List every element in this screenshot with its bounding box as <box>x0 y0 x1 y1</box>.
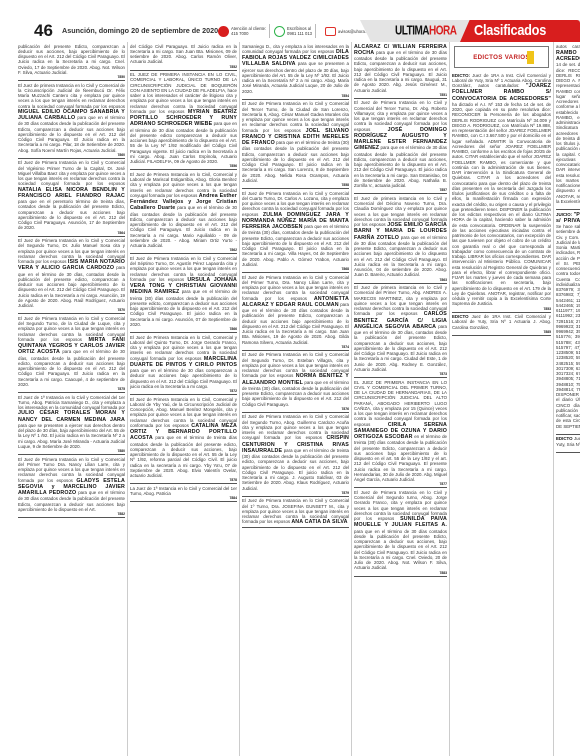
legal-notice: El Juez de Primera Instancia en lo Civil… <box>242 100 349 189</box>
legal-notice: El Juez de Primera Instancia en lo Civil… <box>354 99 447 195</box>
legal-notice: ALCARAZ C/ WILLIAN FERREIRA ROCHA para q… <box>354 42 447 99</box>
notice-ref-code: 7872 <box>130 389 237 393</box>
legal-notice: El Juez de Primera Instancia en lo Civil… <box>18 314 125 393</box>
notice-lead: EDICTO: <box>452 73 470 78</box>
whatsapp-icon <box>274 26 285 37</box>
notice-body: EL JUEZ DE PRIMERA INSTANCIA EN LO CIVIL… <box>354 380 447 427</box>
notice-ref-code: 7875 <box>18 387 125 391</box>
notice-body-cont: ha dictado el A.I Nº 152 de fecha 14 de … <box>556 56 580 204</box>
legal-notice: JUICIO: "PEDRO CZERANIUK NETEPCZUK s/ PR… <box>556 210 580 435</box>
notice-ref-code: 7876 <box>242 407 349 411</box>
notice-body-cont: para que en el término de 30 días contad… <box>130 121 237 164</box>
notice-ref-code: 7853 <box>452 307 551 311</box>
column-1: publicación del presente Edicto, compare… <box>18 42 128 756</box>
notice-ref-code: 7884 <box>130 496 237 500</box>
notice-body-cont: Se hace saber que por S.D Nº 596/2018/01… <box>556 224 580 429</box>
notice-body-cont: para que en el término de 30 días contad… <box>354 235 447 278</box>
notice-lead: JUICIO: <box>556 212 572 217</box>
notice-ref-code: 7880 <box>18 449 125 453</box>
contact-whatsapp: Escríbinos al0981 111 013 <box>274 22 312 40</box>
notice-body-cont: para que en el término de treinta (30) d… <box>242 224 349 267</box>
section-label: EDICTOS VARIOS <box>473 54 530 61</box>
notice-body-cont: para que en el término de treinta (30) d… <box>242 140 349 183</box>
legal-notice: El Juez de Primera Instancia en lo Civil… <box>242 413 349 497</box>
phone-icon <box>218 26 229 37</box>
notice-body-cont: para que en el término de 30 días compar… <box>130 368 237 389</box>
notice-ref-code: 7878 <box>130 478 237 482</box>
notice-body: El Juez de Primera Instancia en lo Civil… <box>18 160 125 186</box>
notice-body-cont: para que en el término de 30 días, conta… <box>354 324 447 372</box>
notice-ref-code: 7858 <box>242 183 349 187</box>
legal-notice: EL JUEZ DE PRIMERA INSTANCIA EN LO CIVIL… <box>354 378 447 488</box>
notice-ref-code: 7882 <box>18 512 125 516</box>
notice-lead: EDICTO <box>452 314 469 319</box>
notice-body: del Código Civil Paraguayo. El Juicio ra… <box>130 44 237 65</box>
notice-body-cont: en el término de treinta (30) días conta… <box>354 434 447 482</box>
notice-body: publicación del presente Edicto, compare… <box>18 44 125 75</box>
legal-notice: El Juez de Primera Instancia en lo Civil… <box>18 237 125 315</box>
notice-ref-code: 7863 <box>354 278 447 282</box>
column-4: ALCARAZ C/ WILLIAN FERREIRA ROCHA para q… <box>354 42 450 756</box>
section-title: Clasificados <box>474 22 546 39</box>
column-5: EDICTOS VARIOS EDICTO: Juez de 1RA a Ins… <box>452 42 554 756</box>
newspaper-logo: ULTIMAHORA <box>395 25 456 39</box>
legal-notice: El Juez de primera instancia en lo Civil… <box>354 194 447 283</box>
column-2: del Código Civil Paraguayo. El Juicio ra… <box>130 42 240 756</box>
notice-ref-code: 7886 <box>556 447 580 451</box>
notice-body-cont: para que en el término de 30 días contad… <box>354 50 447 93</box>
notice-body-cont: para que en el término de 30 días, conta… <box>18 349 125 387</box>
legal-notice: El Juez de 1ª Instancia en lo Civil y Co… <box>18 393 125 455</box>
page-number: 46 <box>34 22 53 40</box>
legal-notice: El Juez de primera Instancia en lo Civil… <box>18 81 125 159</box>
column-6: autos caratulados: "ANTONIO FOELLMER RAM… <box>556 42 580 756</box>
notice-body: autos caratulados: <box>556 44 580 49</box>
notice-ref-code: 7857 <box>354 188 447 192</box>
notice-body-cont: para que se presenten a ejercer sus dere… <box>18 423 125 449</box>
notice-ref-code: 7873 <box>354 372 447 376</box>
notice-ref-code: 7852 <box>130 65 237 69</box>
notice-ref-code: 7858 <box>556 429 580 433</box>
notice-ref-code: 7856 <box>130 164 237 168</box>
legal-notice: El Juez de primera instancia en lo Civil… <box>354 284 447 379</box>
notice-ref-code: 7877 <box>354 482 447 486</box>
legal-notice: El Juez de Primera Instancia en lo Civil… <box>18 455 125 518</box>
notice-ref-code: 7862 <box>130 248 237 252</box>
notice-ref-code: 7850 <box>18 75 125 79</box>
notice-ref-code: 7851 <box>354 93 447 97</box>
classifieds-columns: publicación del presente Edicto, compare… <box>18 42 580 756</box>
notice-ref-code: 7866 <box>130 327 237 331</box>
legal-notice: autos caratulados: "ANTONIO FOELLMER RAM… <box>556 42 580 210</box>
notice-ref-code: 7854 <box>242 94 349 98</box>
notice-ref-code: 7854 <box>556 204 580 208</box>
notice-body-cont: para que en el término de 30 días contad… <box>354 145 447 188</box>
legal-notice: Samaniego D., cita y emplaza a los inter… <box>242 42 349 100</box>
legal-notice: EL JUEZ DE PRIMERA INSTANCIA EN LO CIVIL… <box>130 71 237 171</box>
legal-notice: del Código Civil Paraguayo. El Juicio ra… <box>130 42 237 71</box>
notice-body: El Juez de primera Instancia en lo Civil… <box>18 83 125 109</box>
notice-ref-code: 7870 <box>18 308 125 312</box>
notice-body: El Juez de 1ª Instancia en lo Civil y Co… <box>18 395 125 411</box>
email-icon <box>325 27 336 36</box>
legal-notice: EDICTO Juez de 1RA Inst. Civil Comercial… <box>556 435 580 453</box>
notice-body-cont: para que en el término de 30 días, conta… <box>18 265 125 308</box>
legal-notice: El Juez de Primera Instancia en lo Civil… <box>354 488 447 576</box>
notice-body: EL JUEZ DE PRIMERA INSTANCIA EN LO CIVIL… <box>130 72 237 114</box>
notice-ref-code: 7883 <box>354 571 447 575</box>
notice-parties: ANA CATIA DA SILVA <box>291 519 347 525</box>
legal-notice: El Juez de Primera Instancia en lo Civil… <box>130 333 237 395</box>
notice-body: La Juez de 1ª Instancia en lo Civil y Co… <box>130 486 237 496</box>
notice-body-cont: para que en el término de 30 días contad… <box>354 529 447 571</box>
notice-ref-code: 7874 <box>242 345 349 349</box>
legal-notice: El Juez de Primera Instancia en lo Civil… <box>18 159 125 237</box>
notice-body-cont: ha dictado el A.I. Nº 153 de fecha 14 de… <box>452 102 551 307</box>
notice-body-cont: para que en el término de treinta (30) d… <box>130 289 237 327</box>
notice-ref-code: 7868 <box>242 267 349 271</box>
notice-body-cont: para que en el término de 30 días contad… <box>242 302 349 345</box>
legal-notice: El Juez de Primera Instancia en lo Civil… <box>242 273 349 351</box>
legal-notice: EDICTO Juez de 1RA Inst. Civil Comercial… <box>452 313 551 336</box>
notice-body-cont: para que en el término de 30 días contad… <box>18 115 125 153</box>
legal-notice: El Juez de Primera Instancia en lo Civil… <box>130 254 237 333</box>
legal-notice: El Juez de Primera Instancia en lo Civil… <box>130 170 237 254</box>
legal-notice: publicación del presente Edicto, compare… <box>18 42 125 81</box>
notice-body-cont: para que en el perentorio término de tre… <box>18 199 125 230</box>
section-label-box: EDICTOS VARIOS <box>454 46 549 68</box>
contact-customer-service: Atención al cliente:415 7000 <box>218 22 266 40</box>
legal-notice: El Juez de Primera Instancia en lo Civil… <box>130 395 237 484</box>
notice-ref-code: 7860 <box>18 153 125 157</box>
notice-body-cont: para que en el término de treinta días c… <box>130 435 237 478</box>
notice-parties: JULIO CÉSAR TORALES MORAN Y NANCY DEL CA… <box>18 410 125 422</box>
legal-notice: El Juez de Primera Instancia en lo Civil… <box>242 189 349 273</box>
notice-body-cont: para que en el término de treinta (30) d… <box>242 448 349 491</box>
notice-parties: NATALIA ELISA NICORA BENDLIN Y FRANCISCO… <box>18 187 125 199</box>
notice-ref-code: 7864 <box>18 231 125 235</box>
column-3: Samaniego D., cita y emplaza a los inter… <box>242 42 352 756</box>
notice-lead: EDICTO <box>556 436 573 441</box>
legal-notice: EDICTO: Juez de 1RA a Inst. Civil Comerc… <box>452 71 551 313</box>
flag-icon <box>527 51 534 64</box>
notice-ref-code: 7885 <box>452 330 551 334</box>
notice-body-cont: para que en el término de 30 días contad… <box>130 205 237 248</box>
legal-notice: El Juez de Primera Instancia en lo Civil… <box>242 351 349 413</box>
publication-date: Asunción, domingo 20 de septiembre de 20… <box>62 26 218 35</box>
notice-ref-code: 7879 <box>242 491 349 495</box>
notice-body: Samaniego D., cita y emplaza a los inter… <box>242 44 349 54</box>
legal-notice: La Juez de 1ª Instancia en lo Civil y Co… <box>130 484 237 502</box>
legal-notice: El Juez de Primera Instancia en lo Civil… <box>242 497 349 528</box>
